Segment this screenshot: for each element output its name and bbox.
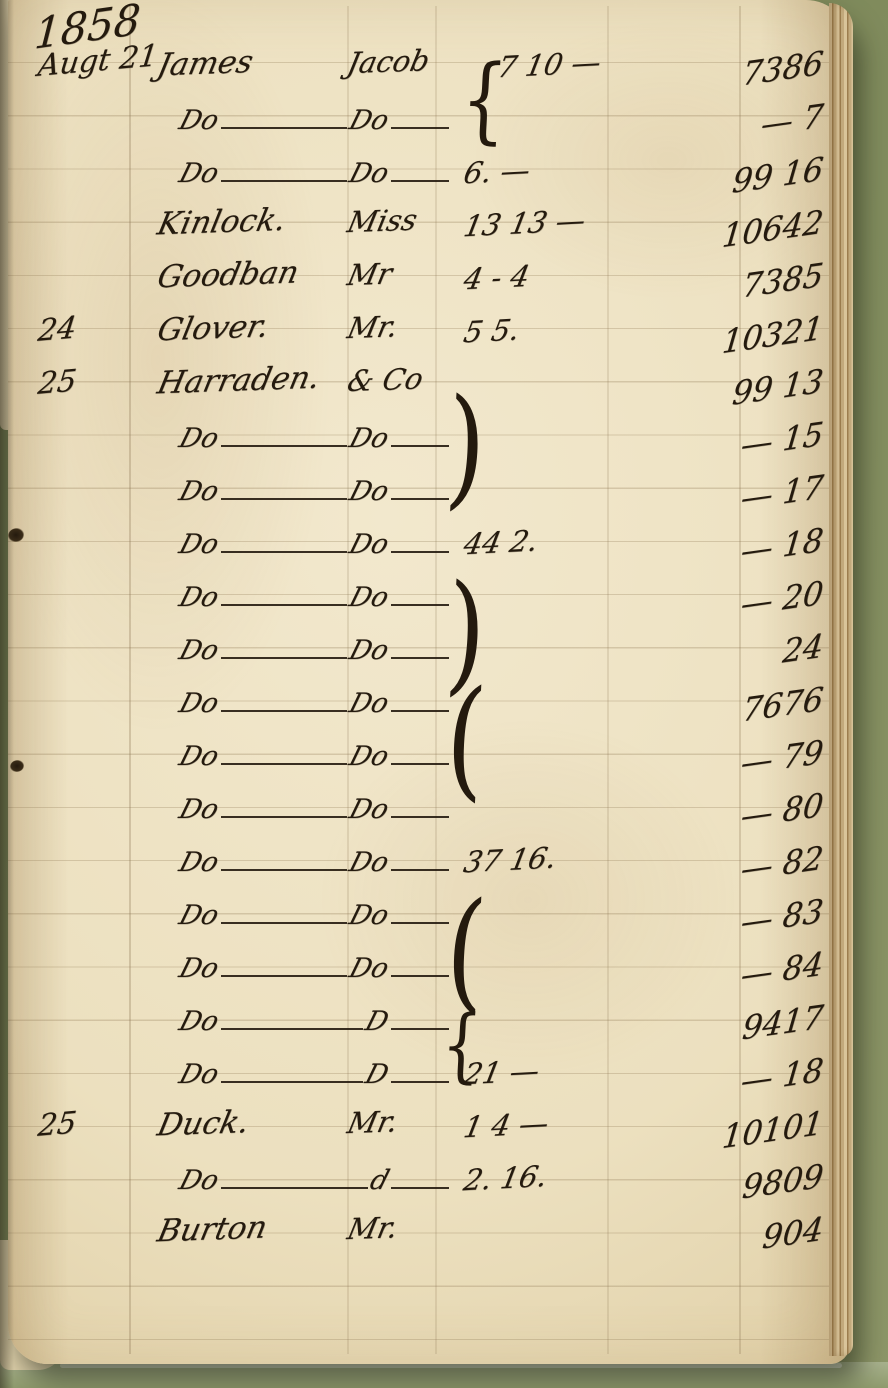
entry-title: Mr bbox=[344, 254, 471, 292]
ditto-word: D bbox=[362, 1061, 391, 1088]
ditto-line bbox=[391, 922, 449, 924]
ledger-row: DoDo24 bbox=[8, 627, 850, 680]
ditto-marks: Dod bbox=[180, 1167, 452, 1194]
ditto-line bbox=[391, 816, 449, 818]
ditto-line bbox=[391, 763, 449, 765]
entry-title: Miss bbox=[344, 201, 471, 239]
ledger-row: DoDo— 84 bbox=[8, 945, 850, 998]
ditto-word: Do bbox=[346, 902, 392, 929]
ditto-word: Do bbox=[346, 584, 392, 611]
ditto-line bbox=[221, 180, 347, 182]
ditto-line bbox=[391, 657, 449, 659]
ditto-line bbox=[391, 1028, 449, 1030]
grouping-brace: ) bbox=[443, 382, 489, 512]
ditto-marks: DoDo bbox=[180, 796, 452, 823]
ledger-row: DoDo— 80 bbox=[8, 786, 850, 839]
ditto-word: Do bbox=[176, 902, 222, 929]
grouping-brace: { bbox=[459, 52, 510, 146]
page-stack-edge bbox=[829, 3, 853, 1356]
ditto-line bbox=[221, 657, 347, 659]
ditto-word: Do bbox=[346, 690, 392, 717]
ledger-row: DoD21 —— 18 bbox=[8, 1051, 850, 1104]
ditto-line bbox=[391, 869, 449, 871]
ditto-line bbox=[221, 1187, 368, 1189]
ledger-row: DoDo(7676 bbox=[8, 680, 850, 733]
ditto-line bbox=[221, 1081, 363, 1083]
ditto-word: Do bbox=[176, 1167, 222, 1194]
ditto-word: Do bbox=[176, 531, 222, 558]
ditto-word: Do bbox=[176, 637, 222, 664]
ditto-line bbox=[221, 975, 347, 977]
ditto-word: Do bbox=[346, 637, 392, 664]
ditto-word: Do bbox=[176, 849, 222, 876]
entry-name: Harraden. bbox=[154, 359, 352, 402]
ledger-row: DoDo6. —99 16 bbox=[8, 150, 850, 203]
ditto-marks: DoD bbox=[180, 1008, 452, 1035]
ditto-marks: DoDo bbox=[180, 637, 452, 664]
ditto-word: Do bbox=[176, 1061, 222, 1088]
ditto-line bbox=[391, 1187, 449, 1189]
ditto-word: Do bbox=[346, 531, 392, 558]
ledger-row: DoDo(— 83 bbox=[8, 892, 850, 945]
ditto-word: Do bbox=[176, 796, 222, 823]
binding-gutter-shadow bbox=[0, 0, 14, 1388]
ledger-row: DoDo37 16.— 82 bbox=[8, 839, 850, 892]
ledger-row: DoDo— 15 bbox=[8, 415, 850, 468]
ditto-word: Do bbox=[176, 425, 222, 452]
entry-date: 24 bbox=[36, 304, 150, 349]
entry-name: James bbox=[154, 41, 352, 84]
ditto-line bbox=[221, 816, 347, 818]
ledger-row: BurtonMr.904 bbox=[8, 1210, 850, 1263]
ditto-word: Do bbox=[346, 743, 392, 770]
ledger-row: Augt 21JamesJacob7 10 —{7386 bbox=[8, 44, 850, 97]
grouping-brace: { bbox=[440, 1005, 484, 1086]
ditto-line bbox=[221, 445, 347, 447]
ditto-word: Do bbox=[346, 796, 392, 823]
ditto-word: Do bbox=[346, 425, 392, 452]
ditto-marks: DoDo bbox=[180, 902, 452, 929]
ditto-word: Do bbox=[176, 584, 222, 611]
ditto-marks: DoDo bbox=[180, 531, 452, 558]
entry-date: 25 bbox=[36, 357, 150, 402]
ditto-marks: DoDo bbox=[180, 107, 452, 134]
ditto-word: Do bbox=[176, 107, 222, 134]
entry-name: Goodban bbox=[154, 253, 352, 296]
ditto-line bbox=[391, 604, 449, 606]
ditto-line bbox=[391, 551, 449, 553]
ditto-line bbox=[391, 498, 449, 500]
ditto-marks: DoD bbox=[180, 1061, 452, 1088]
ditto-line bbox=[221, 1028, 363, 1030]
ledger-row: DoDo— 17 bbox=[8, 468, 850, 521]
entry-name: Kinlock. bbox=[154, 200, 352, 243]
ditto-word: D bbox=[362, 1008, 391, 1035]
ditto-marks: DoDo bbox=[180, 160, 452, 187]
ditto-word: Do bbox=[176, 743, 222, 770]
entry-amount: 904 bbox=[633, 1209, 825, 1274]
ditto-word: Do bbox=[176, 955, 222, 982]
ditto-word: d bbox=[367, 1167, 392, 1194]
ditto-line bbox=[221, 127, 347, 129]
ditto-line bbox=[391, 975, 449, 977]
ledger-row: GoodbanMr4 - 47385 bbox=[8, 256, 850, 309]
entry-name: Duck. bbox=[154, 1101, 352, 1144]
ditto-marks: DoDo bbox=[180, 849, 452, 876]
entry-title: Mr. bbox=[344, 1208, 471, 1246]
ditto-line bbox=[221, 869, 347, 871]
ditto-line bbox=[391, 180, 449, 182]
entry-title: Jacob bbox=[344, 42, 471, 80]
ditto-word: Do bbox=[176, 690, 222, 717]
ditto-marks: DoDo bbox=[180, 690, 452, 717]
scanned-ledger-photo: 1858 Augt 21JamesJacob7 10 —{7386DoDo— 7… bbox=[0, 0, 888, 1388]
ledger-row: DoDo)— 20 bbox=[8, 574, 850, 627]
entry-title: Mr. bbox=[344, 307, 471, 345]
ditto-line bbox=[221, 551, 347, 553]
ledger-page: 1858 Augt 21JamesJacob7 10 —{7386DoDo— 7… bbox=[8, 0, 850, 1364]
ledger-row: 25Duck.Mr.1 4 —10101 bbox=[8, 1104, 850, 1157]
ditto-word: Do bbox=[346, 955, 392, 982]
entry-date: Augt 21 bbox=[36, 39, 150, 84]
ditto-word: Do bbox=[346, 849, 392, 876]
ditto-marks: DoDo bbox=[180, 478, 452, 505]
entry-date: 25 bbox=[36, 1099, 150, 1144]
ditto-line bbox=[221, 763, 347, 765]
ledger-row: DoD{9417 bbox=[8, 998, 850, 1051]
ledger-row: DoDo44 2.— 18 bbox=[8, 521, 850, 574]
ledger-row: DoDo— 7 bbox=[8, 97, 850, 150]
ditto-word: Do bbox=[346, 160, 392, 187]
entry-title: Mr. bbox=[344, 1102, 471, 1140]
ditto-marks: DoDo bbox=[180, 584, 452, 611]
ditto-line bbox=[221, 710, 347, 712]
entry-name: Glover. bbox=[154, 306, 352, 349]
ditto-line bbox=[221, 922, 347, 924]
entry-name: Burton bbox=[154, 1207, 352, 1250]
ledger-row: Kinlock.Miss13 13 —10642 bbox=[8, 203, 850, 256]
ditto-line bbox=[221, 498, 347, 500]
ditto-word: Do bbox=[346, 478, 392, 505]
grouping-brace: ( bbox=[443, 674, 489, 804]
ditto-line bbox=[391, 127, 449, 129]
ditto-marks: DoDo bbox=[180, 955, 452, 982]
ditto-line bbox=[221, 604, 347, 606]
ledger-row: DoDo— 79 bbox=[8, 733, 850, 786]
ditto-marks: DoDo bbox=[180, 743, 452, 770]
ditto-line bbox=[391, 445, 449, 447]
ditto-marks: DoDo bbox=[180, 425, 452, 452]
ledger-row: Dod2. 16.9809 bbox=[8, 1157, 850, 1210]
ditto-word: Do bbox=[176, 478, 222, 505]
ditto-word: Do bbox=[176, 160, 222, 187]
ledger-row: 25Harraden.& Co)99 13 bbox=[8, 362, 850, 415]
ditto-line bbox=[391, 710, 449, 712]
ledger-row: 24Glover.Mr.5 5.10321 bbox=[8, 309, 850, 362]
ditto-word: Do bbox=[346, 107, 392, 134]
ditto-word: Do bbox=[176, 1008, 222, 1035]
